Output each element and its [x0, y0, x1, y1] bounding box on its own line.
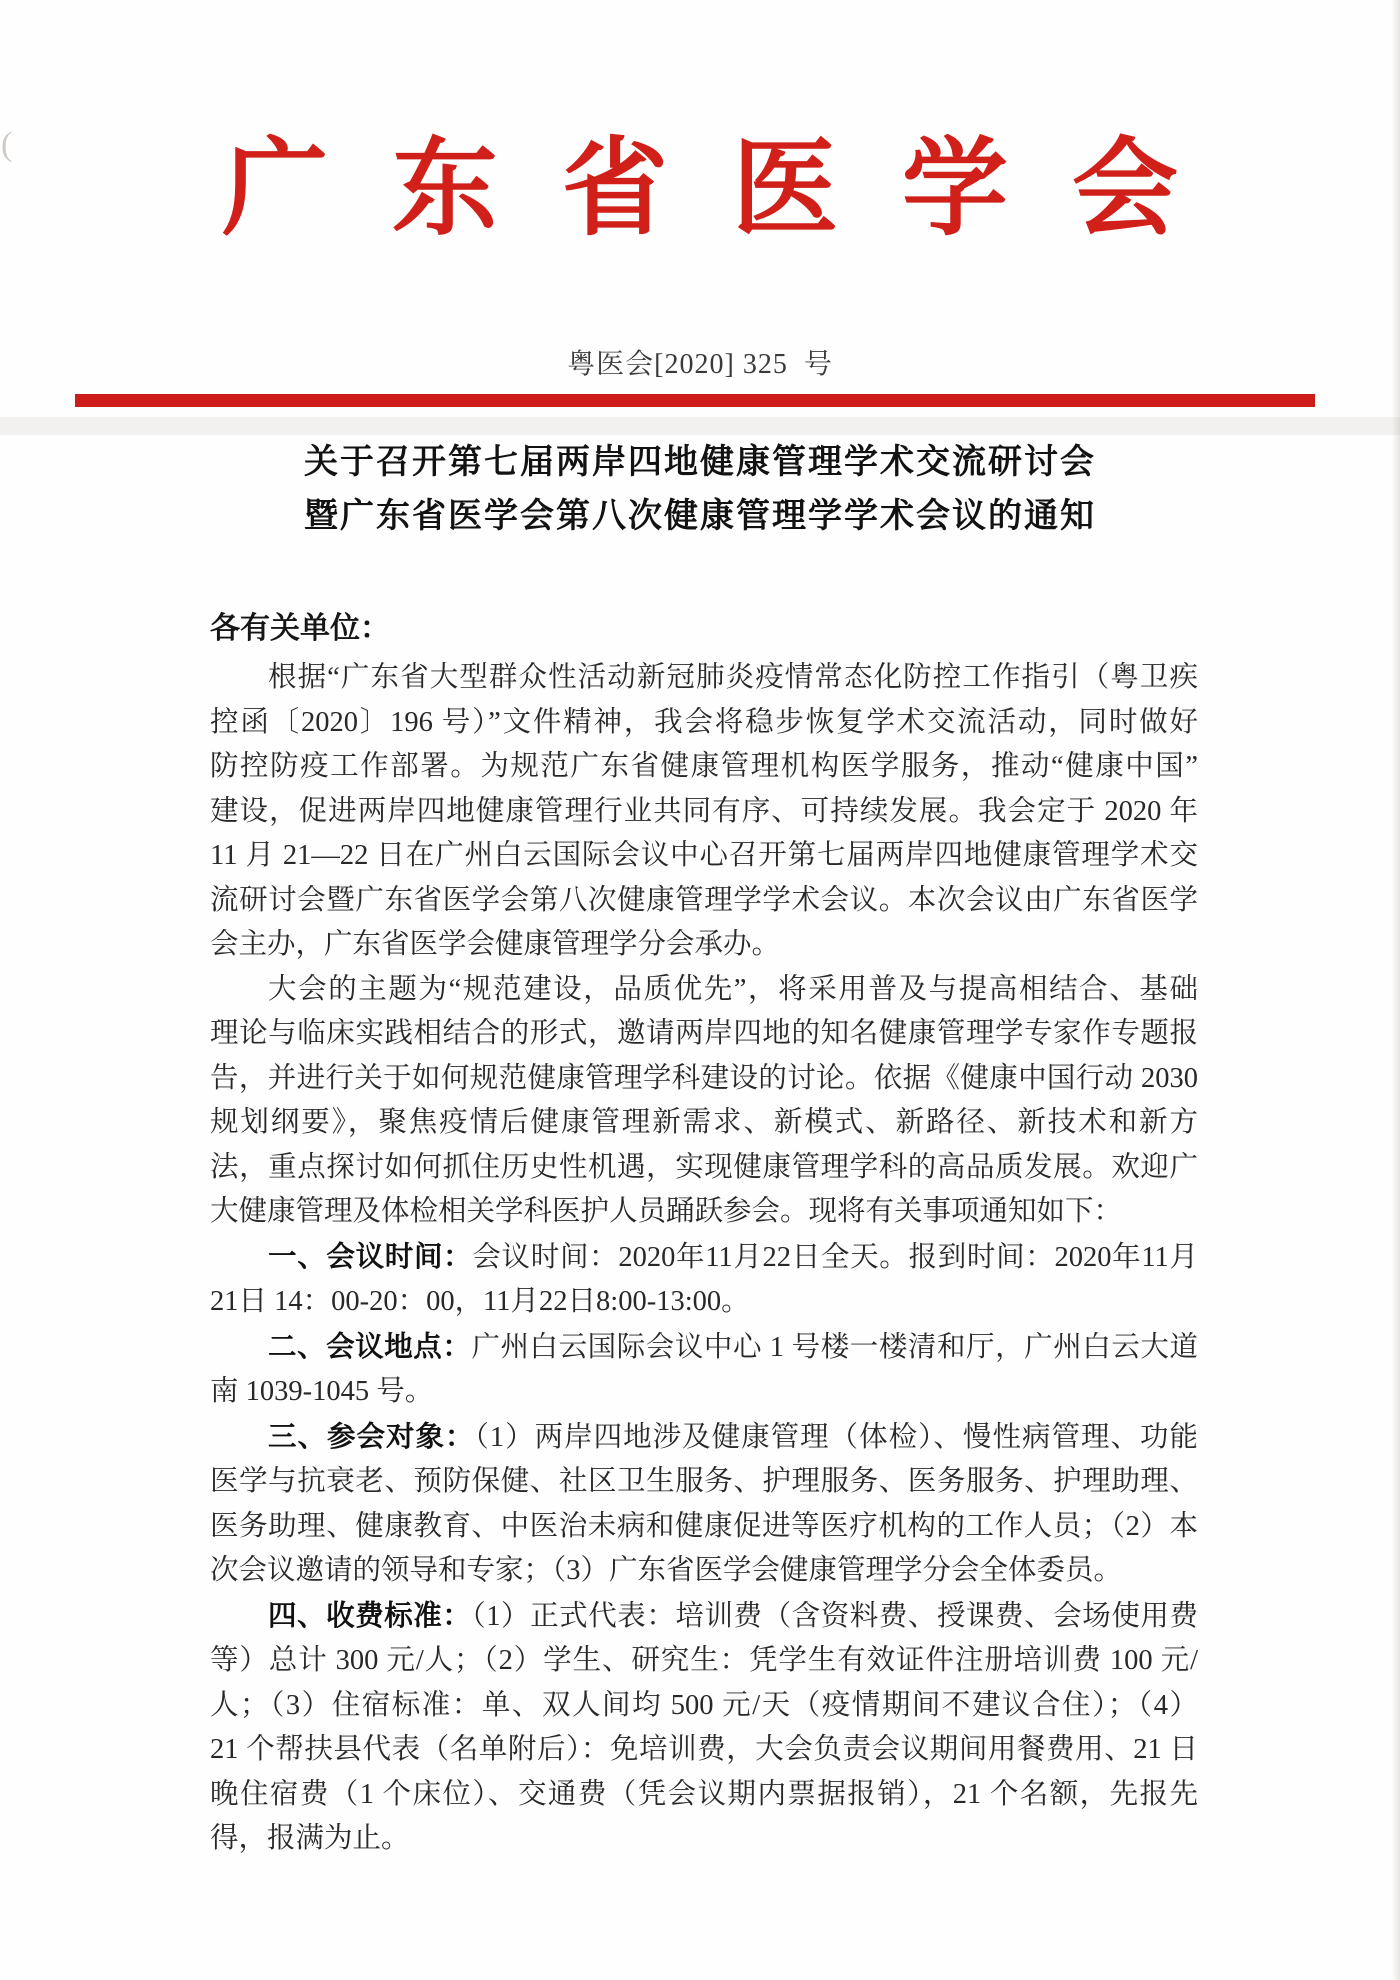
text-segment: 次会议邀请的领导和专家；（3）广东省医学会健康管理学分会全体委员。: [210, 1555, 1122, 1586]
text-segment: 广州白云国际会议中心 1 号楼一楼清和厅，广州白云大道: [471, 1332, 1198, 1363]
doc-heading: 关于召开第七届两岸四地健康管理学术交流研讨会 暨广东省医学会第八次健康管理学学术…: [0, 436, 1400, 544]
text-segment: 21日 14：00-20：00，11月22日8:00-13:00。: [210, 1286, 750, 1317]
text-line: 晚住宿费（1 个床位）、交通费（凭会议期内票据报销），21 个名额，先报先: [210, 1773, 1198, 1818]
text-segment: 人；（3）住宿标准：单、双人间均 500 元/天（疫情期间不建议合住）；（4）: [210, 1690, 1198, 1721]
text-segment: 大会的主题为“规范建设，品质优先”，将采用普及与提高相结合、基础: [268, 974, 1198, 1005]
text-segment: 理论与临床实践相结合的形式，邀请两岸四地的知名健康管理学专家作专题报: [210, 1018, 1198, 1049]
text-line: 一、会议时间：会议时间：2020年11月22日全天。报到时间：2020年11月: [210, 1235, 1198, 1281]
text-line: 大会的主题为“规范建设，品质优先”，将采用普及与提高相结合、基础: [210, 968, 1198, 1013]
scan-shadow-band: [0, 417, 1400, 435]
text-line: 三、参会对象：（1）两岸四地涉及健康管理（体检）、慢性病管理、功能: [210, 1415, 1198, 1461]
scanned-document-page: ( 广东省医学会 粤医会[2020] 325 号 关于召开第七届两岸四地健康管理…: [0, 0, 1400, 1980]
text-line: 规划纲要》，聚焦疫情后健康管理新需求、新模式、新路径、新技术和新方: [210, 1101, 1198, 1146]
doc-heading-line-2: 暨广东省医学会第八次健康管理学学术会议的通知: [0, 490, 1400, 544]
scan-edge-shadow: [1392, 0, 1400, 1980]
text-segment: 11 月 21—22 日在广州白云国际会议中心召开第七届两岸四地健康管理学术交: [210, 840, 1198, 871]
text-line: 流研讨会暨广东省医学会第八次健康管理学学术会议。本次会议由广东省医学: [210, 879, 1198, 924]
text-segment: 控函〔2020〕196 号）”文件精神，我会将稳步恢复学术交流活动，同时做好: [210, 707, 1198, 738]
text-segment: 建设，促进两岸四地健康管理行业共同有序、可持续发展。我会定于 2020 年: [210, 796, 1198, 827]
section-label: 四、收费标准：: [268, 1600, 471, 1632]
doc-heading-line-1: 关于召开第七届两岸四地健康管理学术交流研讨会: [0, 436, 1400, 490]
section-label: 二、会议地点：: [268, 1331, 471, 1363]
text-segment: （1）两岸四地涉及健康管理（体检）、慢性病管理、功能: [475, 1422, 1198, 1453]
text-segment: 南 1039-1045 号。: [210, 1376, 433, 1407]
doc-number: 粤医会[2020] 325 号: [0, 348, 1400, 382]
text-line: 四、收费标准：（1）正式代表：培训费（含资料费、授课费、会场使用费: [210, 1594, 1198, 1640]
text-line: 21 个帮扶县代表（名单附后）：免培训费，大会负责会议期间用餐费用、21 日: [210, 1728, 1198, 1773]
text-segment: 晚住宿费（1 个床位）、交通费（凭会议期内票据报销），21 个名额，先报先: [210, 1779, 1198, 1810]
section-label: 一、会议时间：: [268, 1241, 472, 1273]
text-line: 得，报满为止。: [210, 1817, 1198, 1862]
text-line: 南 1039-1045 号。: [210, 1370, 1198, 1415]
text-line: 医学与抗衰老、预防保健、社区卫生服务、护理服务、医务服务、护理助理、: [210, 1460, 1198, 1505]
text-segment: 防控防疫工作部署。为规范广东省健康管理机构医学服务，推动“健康中国”: [210, 751, 1198, 782]
red-divider-rule: [75, 394, 1315, 407]
text-line: 根据“广东省大型群众性活动新冠肺炎疫情常态化防控工作指引（粤卫疾: [210, 656, 1198, 701]
text-line: 等）总计 300 元/人；（2）学生、研究生：凭学生有效证件注册培训费 100 …: [210, 1639, 1198, 1684]
text-segment: 流研讨会暨广东省医学会第八次健康管理学学术会议。本次会议由广东省医学: [210, 885, 1198, 916]
text-line: 11 月 21—22 日在广州白云国际会议中心召开第七届两岸四地健康管理学术交: [210, 834, 1198, 879]
text-segment: 等）总计 300 元/人；（2）学生、研究生：凭学生有效证件注册培训费 100 …: [210, 1645, 1198, 1676]
text-line: 法，重点探讨如何抓住历史性机遇，实现健康管理学科的高品质发展。欢迎广: [210, 1146, 1198, 1191]
org-title-text: 广东省医学会: [222, 131, 1242, 248]
text-line: 会主办，广东省医学会健康管理学分会承办。: [210, 923, 1198, 968]
text-segment: 会议时间：2020年11月22日全天。报到时间：2020年11月: [472, 1242, 1198, 1273]
text-segment: 得，报满为止。: [210, 1823, 410, 1854]
text-line: 二、会议地点：广州白云国际会议中心 1 号楼一楼清和厅，广州白云大道: [210, 1325, 1198, 1371]
text-line: 21日 14：00-20：00，11月22日8:00-13:00。: [210, 1280, 1198, 1325]
org-title: 广东省医学会: [0, 137, 1400, 243]
text-line: 次会议邀请的领导和专家；（3）广东省医学会健康管理学分会全体委员。: [210, 1549, 1198, 1594]
text-segment: （1）正式代表：培训费（含资料费、授课费、会场使用费: [471, 1601, 1198, 1632]
text-segment: 医学与抗衰老、预防保健、社区卫生服务、护理服务、医务服务、护理助理、: [210, 1466, 1198, 1497]
text-segment: 告，并进行关于如何规范健康管理学科建设的讨论。依据《健康中国行动 2030: [210, 1063, 1198, 1094]
text-line: 控函〔2020〕196 号）”文件精神，我会将稳步恢复学术交流活动，同时做好: [210, 701, 1198, 746]
text-segment: 医务助理、健康教育、中医治未病和健康促进等医疗机构的工作人员；（2）本: [210, 1511, 1198, 1542]
text-line: 理论与临床实践相结合的形式，邀请两岸四地的知名健康管理学专家作专题报: [210, 1012, 1198, 1057]
text-segment: 大健康管理及体检相关学科医护人员踊跃参会。现将有关事项通知如下：: [210, 1196, 1122, 1227]
body-text: 根据“广东省大型群众性活动新冠肺炎疫情常态化防控工作指引（粤卫疾控函〔2020〕…: [210, 656, 1198, 1862]
text-segment: 法，重点探讨如何抓住历史性机遇，实现健康管理学科的高品质发展。欢迎广: [210, 1152, 1198, 1183]
text-segment: 规划纲要》，聚焦疫情后健康管理新需求、新模式、新路径、新技术和新方: [210, 1107, 1198, 1138]
text-segment: 21 个帮扶县代表（名单附后）：免培训费，大会负责会议期间用餐费用、21 日: [210, 1734, 1198, 1765]
text-segment: 会主办，广东省医学会健康管理学分会承办。: [210, 929, 780, 960]
text-line: 医务助理、健康教育、中医治未病和健康促进等医疗机构的工作人员；（2）本: [210, 1505, 1198, 1550]
text-segment: 根据“广东省大型群众性活动新冠肺炎疫情常态化防控工作指引（粤卫疾: [268, 662, 1198, 693]
text-line: 大健康管理及体检相关学科医护人员踊跃参会。现将有关事项通知如下：: [210, 1190, 1198, 1235]
text-line: 防控防疫工作部署。为规范广东省健康管理机构医学服务，推动“健康中国”: [210, 745, 1198, 790]
section-label: 三、参会对象：: [268, 1421, 475, 1453]
text-line: 建设，促进两岸四地健康管理行业共同有序、可持续发展。我会定于 2020 年: [210, 790, 1198, 835]
text-line: 告，并进行关于如何规范健康管理学科建设的讨论。依据《健康中国行动 2030: [210, 1057, 1198, 1102]
salutation: 各有关单位：: [210, 611, 390, 647]
text-line: 人；（3）住宿标准：单、双人间均 500 元/天（疫情期间不建议合住）；（4）: [210, 1684, 1198, 1729]
